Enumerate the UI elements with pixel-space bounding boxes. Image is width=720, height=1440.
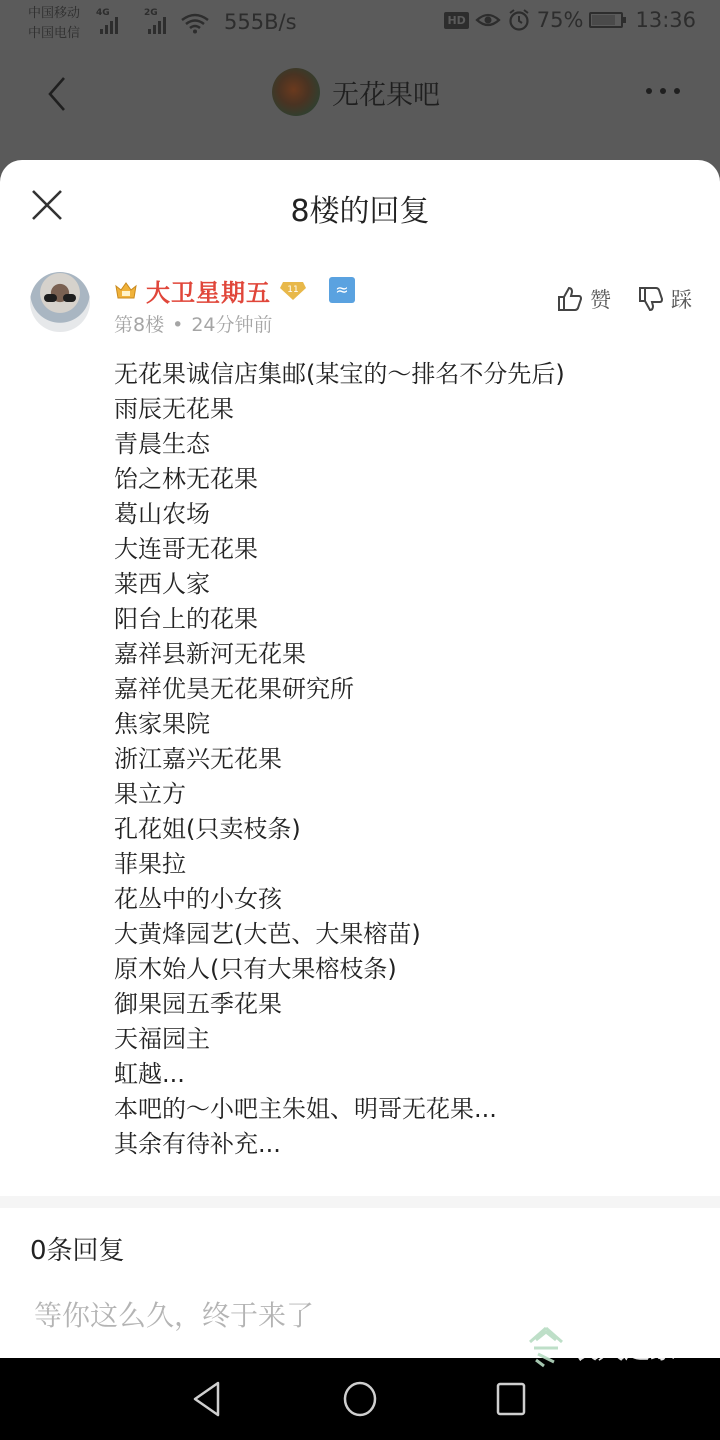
forum-avatar	[272, 68, 320, 116]
post-content: 无花果诚信店集邮(某宝的～排名不分先后) 雨辰无花果 青晨生态 饴之林无花果 葛…	[114, 357, 690, 1162]
content-line: 原木始人(只有大果榕枝条)	[114, 952, 690, 987]
content-line: 雨辰无花果	[114, 392, 690, 427]
reply-sheet: 8楼的回复 大卫星期五 11 ≈ 第8楼•24分钟前	[0, 160, 720, 1358]
eye-icon	[475, 10, 501, 30]
thumbs-down-icon	[637, 285, 665, 313]
alarm-icon	[507, 8, 531, 32]
battery-percent: 75%	[537, 8, 584, 32]
sheet-header: 8楼的回复	[0, 160, 720, 250]
content-line: 本吧的～小吧主朱姐、明哥无花果...	[114, 1092, 690, 1127]
thumbs-up-icon	[556, 285, 584, 313]
level-badge-icon: 11	[279, 278, 307, 302]
content-line: 孔花姐(只卖枝条)	[114, 812, 690, 847]
watermark: 农人之家	[526, 1326, 676, 1368]
battery-icon	[589, 12, 623, 28]
content-line: 御果园五季花果	[114, 987, 690, 1022]
content-line: 大连哥无花果	[114, 532, 690, 567]
like-label: 赞	[590, 284, 611, 314]
content-line: 菲果拉	[114, 847, 690, 882]
top-nav: 无花果吧	[0, 50, 720, 160]
content-line: 浙江嘉兴无花果	[114, 742, 690, 777]
content-line: 嘉祥县新河无花果	[114, 637, 690, 672]
watermark-text: 农人之家	[572, 1329, 676, 1366]
content-line: 无花果诚信店集邮(某宝的～排名不分先后)	[114, 357, 690, 392]
forum-header[interactable]: 无花果吧	[272, 68, 440, 116]
content-line: 青晨生态	[114, 427, 690, 462]
nav-home-icon[interactable]	[342, 1380, 378, 1418]
like-button[interactable]: 赞	[556, 284, 611, 314]
carrier-2: 中国电信	[28, 24, 80, 44]
wifi-icon	[180, 12, 210, 34]
content-line: 焦家果院	[114, 707, 690, 742]
status-bar: 中国移动 中国电信 4G 2G 555B/s HD 75% 13:36	[0, 0, 720, 50]
chevron-left-icon[interactable]	[40, 72, 74, 116]
content-line: 其余有待补充...	[114, 1127, 690, 1162]
system-nav-bar	[0, 1358, 720, 1440]
dislike-button[interactable]: 踩	[637, 284, 692, 314]
post-time: 24分钟前	[191, 314, 272, 336]
network-speed: 555B/s	[224, 10, 297, 34]
sheet-title: 8楼的回复	[0, 186, 720, 230]
more-dots-icon[interactable]	[646, 88, 680, 94]
nav-back-icon[interactable]	[190, 1380, 224, 1418]
content-line: 葛山农场	[114, 497, 690, 532]
carrier-1: 中国移动	[28, 4, 80, 24]
floor-number: 第8楼	[114, 314, 164, 336]
watermark-logo-icon	[526, 1326, 566, 1368]
content-line: 大黄烽园艺(大芭、大果榕苗)	[114, 917, 690, 952]
signal-icon-2: 2G	[148, 10, 166, 34]
post-info: 第8楼•24分钟前	[114, 310, 690, 337]
forum-title: 无花果吧	[332, 73, 440, 112]
reply-count: 0条回复	[30, 1230, 125, 1267]
username[interactable]: 大卫星期五	[146, 273, 271, 308]
nav-recents-icon[interactable]	[495, 1380, 527, 1418]
avatar[interactable]	[30, 272, 90, 332]
content-line: 花丛中的小女孩	[114, 882, 690, 917]
section-divider	[0, 1196, 720, 1208]
crown-icon	[114, 280, 138, 300]
carrier-names: 中国移动 中国电信	[28, 4, 80, 44]
svg-text:11: 11	[287, 285, 298, 295]
content-line: 饴之林无花果	[114, 462, 690, 497]
hd-icon: HD	[444, 12, 468, 29]
content-line: 果立方	[114, 777, 690, 812]
content-line: 莱西人家	[114, 567, 690, 602]
zodiac-aquarius-icon: ≈	[329, 277, 355, 303]
content-line: 虹越...	[114, 1057, 690, 1092]
content-line: 天福园主	[114, 1022, 690, 1057]
clock: 13:36	[635, 8, 696, 32]
post: 大卫星期五 11 ≈ 第8楼•24分钟前 赞	[0, 250, 720, 1162]
content-line: 阳台上的花果	[114, 602, 690, 637]
content-line: 嘉祥优昊无花果研究所	[114, 672, 690, 707]
reply-input[interactable]: 等你这么久，终于来了	[34, 1294, 314, 1334]
dislike-label: 踩	[671, 284, 692, 314]
signal-icon: 4G	[100, 10, 118, 34]
